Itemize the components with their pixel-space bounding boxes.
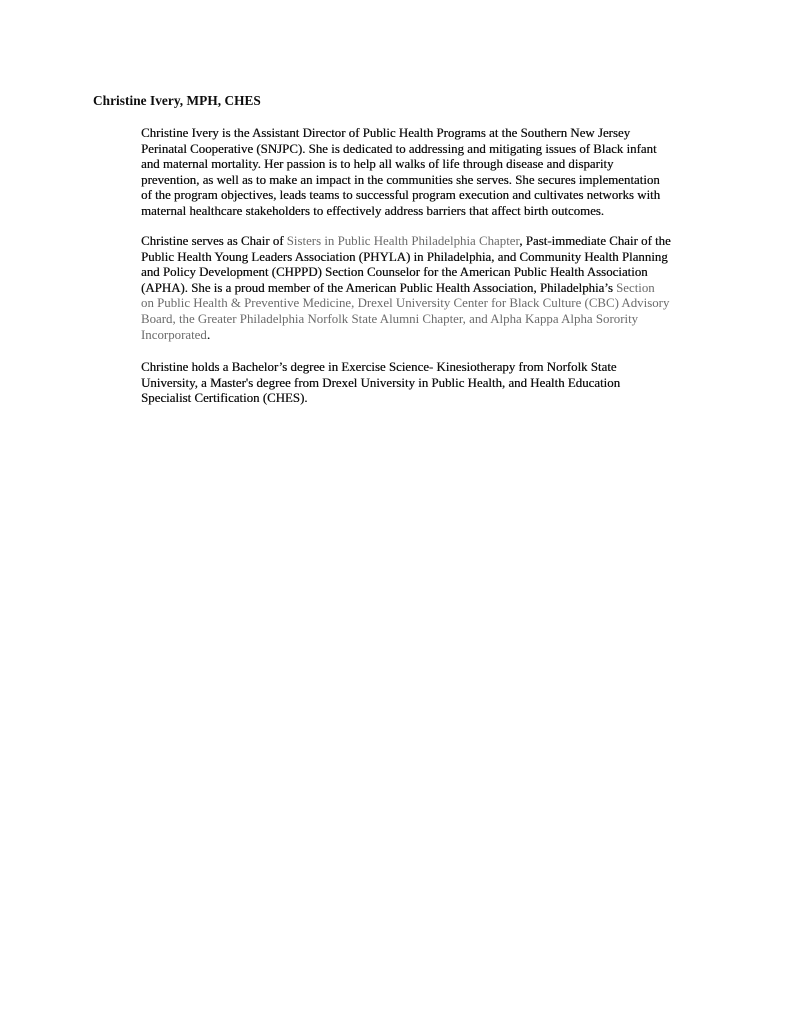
org-name-text: on Public Health & Preventive Medicine, … [141, 296, 669, 310]
text-line: Perinatal Cooperative (SNJPC). She is de… [141, 142, 661, 158]
text-line: Christine serves as Chair of Sisters in … [141, 234, 661, 250]
bio-paragraph-role: Christine Ivery is the Assistant Directo… [141, 126, 661, 220]
text-line: Board, the Greater Philadelphia Norfolk … [141, 312, 661, 328]
text-line: maternal healthcare stakeholders to effe… [141, 204, 661, 220]
text-line: University, a Master's degree from Drexe… [141, 376, 661, 392]
org-name-sisters-in-public-health: Sisters in Public Health Philadelphia Ch… [287, 234, 520, 248]
text-segment: Public Health Young Leaders Association … [141, 250, 668, 264]
text-line: Public Health Young Leaders Association … [141, 250, 661, 266]
org-name-text: Incorporated [141, 328, 207, 342]
text-line: on Public Health & Preventive Medicine, … [141, 296, 661, 312]
text-segment: , Past-immediate Chair of the [519, 234, 670, 248]
org-name-section: Section [616, 281, 655, 295]
text-segment: (APHA). She is a proud member of the Ame… [141, 281, 616, 295]
text-line: Christine Ivery is the Assistant Directo… [141, 126, 661, 142]
text-line: (APHA). She is a proud member of the Ame… [141, 281, 661, 297]
bio-paragraph-education: Christine holds a Bachelor’s degree in E… [141, 360, 661, 407]
document-page: Christine Ivery, MPH, CHES Christine Ive… [0, 0, 791, 1024]
text-segment: Christine serves as Chair of [141, 234, 287, 248]
text-line: and Policy Development (CHPPD) Section C… [141, 265, 661, 281]
text-line: Incorporated. [141, 328, 661, 344]
bio-heading: Christine Ivery, MPH, CHES [93, 93, 261, 109]
text-line: of the program objectives, leads teams t… [141, 188, 661, 204]
text-segment: and Policy Development (CHPPD) Section C… [141, 265, 648, 279]
text-line: prevention, as well as to make an impact… [141, 173, 661, 189]
text-line: and maternal mortality. Her passion is t… [141, 157, 661, 173]
text-line: Christine holds a Bachelor’s degree in E… [141, 360, 661, 376]
text-line: Specialist Certification (CHES). [141, 391, 661, 407]
bio-paragraph-affiliations: Christine serves as Chair of Sisters in … [141, 234, 661, 343]
text-segment: . [207, 328, 210, 342]
org-name-text: Board, the Greater Philadelphia Norfolk … [141, 312, 638, 326]
